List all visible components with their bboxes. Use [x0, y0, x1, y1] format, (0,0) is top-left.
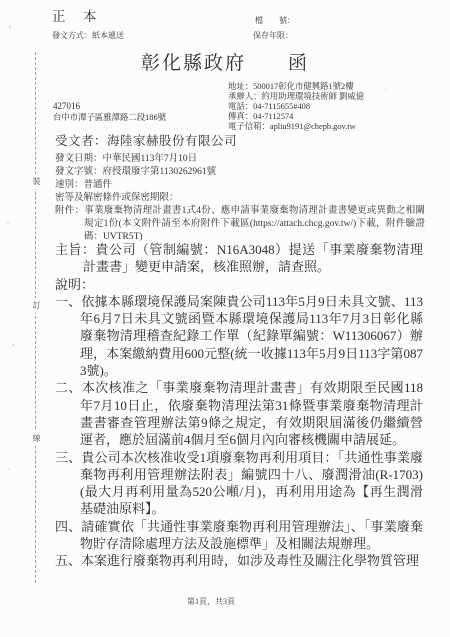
send-date: 發文日期：中華民國113年7月10日: [55, 153, 425, 166]
speed-class: 速別：普通件: [55, 179, 425, 192]
agency-contact-block: 地址：500017彰化市健興路1號2樓 承辦人：約用助理環境技術師 劉威億 電話…: [228, 82, 364, 132]
description-item-2: 二、本次核准之「事業廢棄物清理計畫書」有效期限至民國118年7月10日止，依廢棄…: [55, 379, 423, 448]
item-number: 一、: [55, 294, 81, 309]
page-footer: 第1頁，共3頁: [0, 596, 422, 607]
description-item-4: 四、請確實依「共通性事業廢棄物再利用管理辦法」、「事業廢棄物貯存清除處理方法及設…: [55, 518, 423, 553]
copy-type-label: 正 本: [52, 5, 99, 25]
binding-dashed-line: 裝 訂 線: [35, 52, 36, 583]
file-number-label: 檔 號：: [255, 15, 295, 26]
agency-address: 地址：500017彰化市健興路1號2樓: [228, 82, 364, 92]
item-number: 五、: [55, 553, 81, 568]
recipient-zip: 427016: [53, 101, 80, 111]
document-body: 主旨：貴公司（管制編號：N16A3048）提送「事業廢棄物清理計畫書」變更申請案…: [55, 241, 423, 570]
agency-phone: 電話：04-7115655#408: [228, 102, 364, 112]
scan-speckles: [9, 26, 11, 28]
agency-fax: 傳真：04-7112574: [228, 112, 364, 122]
item-text: 請確實依「共通性事業廢棄物再利用管理辦法」、「事業廢棄物貯存清除處理方法及設施標…: [80, 519, 423, 551]
description-label: 說明：: [55, 276, 423, 293]
description-item-3: 三、貴公司本次核准收受1項廢棄物再利用項目：「共通性事業廢棄物再利用管理辦法附表…: [55, 449, 423, 518]
recipient-address: 台中市潭子區雅潭路二段186號: [53, 111, 166, 123]
subject-text: 貴公司（管制編號：N16A3048）提送「事業廢棄物清理計畫書」變更申請案，核准…: [83, 242, 423, 274]
attachment-text: 事業廢棄物清理計畫書1式4份、應申請事業廢棄物清理計畫書變更或異動之相關規定1份…: [84, 206, 425, 242]
binding-mark-ding: 訂: [31, 298, 42, 313]
item-text: 依據本縣環境保護局案陳貴公司113年5月9日未具文號、113年6月7日未具文號函…: [80, 294, 423, 378]
item-number: 二、: [55, 380, 82, 395]
meta-block: 發文日期：中華民國113年7月10日 發文字號：府授環廢字第1130262961…: [55, 153, 425, 244]
delivery-method-label: 發文方式：紙本遞送: [52, 30, 124, 41]
recipient-line: 受文者：海陸家赫股份有限公司: [55, 131, 237, 149]
item-text: 貴公司本次核准收受1項廢棄物再利用項目：「共通性事業廢棄物再利用管理辦法附表」編…: [80, 450, 423, 517]
item-number: 四、: [55, 519, 81, 534]
retention-period-label: 保存年限：: [253, 30, 293, 41]
item-text: 本案進行廢棄物再利用時，如涉及毒性及關注化學物質管理: [81, 553, 419, 568]
subject-label: 主旨：: [55, 242, 95, 257]
subject-line: 主旨：貴公司（管制編號：N16A3048）提送「事業廢棄物清理計畫書」變更申請案…: [55, 241, 423, 276]
description-item-5: 五、本案進行廢棄物再利用時，如涉及毒性及關注化學物質管理: [55, 552, 423, 569]
binding-mark-zhuang: 裝: [31, 174, 42, 189]
item-text: 本次核准之「事業廢棄物清理計畫書」有效期限至民國118年7月10日止，依廢棄物清…: [80, 380, 423, 447]
description-item-1: 一、依據本縣環境保護局案陳貴公司113年5月9日未具文號、113年6月7日未具文…: [55, 293, 423, 379]
attachment-line: 附件：事業廢棄物清理計畫書1式4份、應申請事業廢棄物清理計畫書變更或異動之相關規…: [55, 205, 425, 244]
doc-number: 發文字號：府授環廢字第1130262961號: [55, 166, 425, 179]
agency-email: 電子信箱：apliu9191@chepb.gov.tw: [228, 122, 364, 132]
security-class: 密等及解密條件或保密期限：: [55, 192, 425, 205]
agency-contact-person: 承辦人：約用助理環境技術師 劉威億: [228, 92, 364, 102]
attachment-label: 附件：: [55, 206, 84, 216]
binding-mark-xian: 線: [31, 431, 42, 446]
item-number: 三、: [55, 450, 81, 465]
document-page: 正 本 發文方式：紙本遞送 檔 號： 保存年限： 彰化縣政府 函 地址：5000…: [0, 0, 450, 637]
document-title: 彰化縣政府 函: [0, 48, 450, 75]
